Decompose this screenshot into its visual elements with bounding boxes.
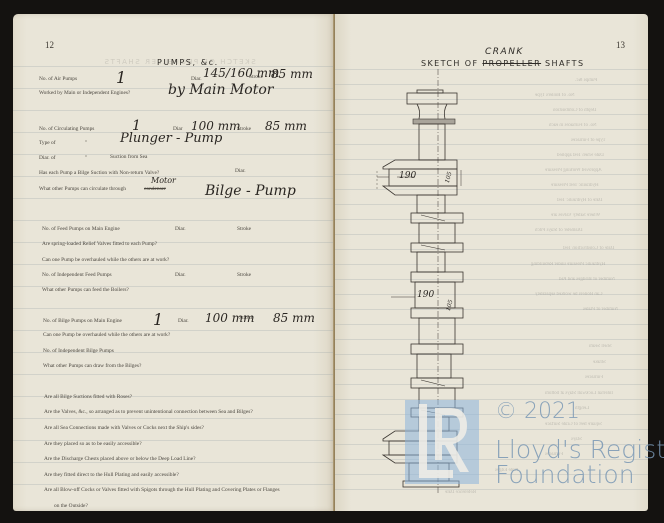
field-label: What other Pumps can draw from the Bilge…: [43, 363, 141, 369]
show-through-text: Hydraulic Test Pressure: [551, 183, 599, 188]
stroke-label: Stroke: [237, 126, 251, 132]
handwritten-stroke: 85 mm: [271, 67, 313, 81]
title-inserted-word: CRANK: [485, 47, 524, 57]
dia-label: Diar.: [178, 318, 189, 324]
title-suffix: SHAFTS: [545, 59, 584, 68]
field-label: Are all Bilge Suctions fitted with Roses…: [44, 394, 132, 400]
field-label: Has each Pump a Bilge Suction with Non-r…: [39, 170, 159, 176]
show-through-text: Number of Plates: [583, 307, 618, 312]
dimension-journal-mid: 190: [417, 290, 434, 300]
dimension-journal-top: 190: [399, 171, 416, 181]
handwritten-stroke: 85 mm: [265, 119, 307, 133]
ditto-mark: ": [85, 155, 87, 161]
page-number: 12: [45, 40, 54, 50]
stroke-label: Stroke: [249, 74, 263, 80]
field-label: No. of Circulating Pumps: [39, 126, 94, 132]
field-label: What other Pumps can feed the Boilers?: [42, 287, 129, 293]
handwritten-value: Bilge - Pump: [205, 183, 296, 199]
title-prefix: SKETCH OF: [421, 59, 478, 68]
field-label: Are all Sea Connections made with Valves…: [44, 425, 204, 431]
field-label: No. of Bilge Pumps on Main Engine: [43, 318, 122, 324]
stroke-label: Stroke: [239, 315, 253, 321]
sketch-title: SKETCH OF PROPELLER SHAFTS: [421, 59, 584, 68]
show-through-text: Type of Furnaces: [571, 138, 606, 143]
left-page: 12 SKETCH OF PROPELLER SHAFTS PUMPS, &c.…: [13, 14, 335, 511]
field-suffix: Suction from Sea: [110, 154, 147, 160]
handwritten-dia: 145/160 mm: [203, 66, 279, 80]
field-label: Are they fitted direct to the Hull Plati…: [44, 472, 179, 478]
field-label: Are the Valves, &c., so arranged as to p…: [44, 409, 253, 415]
dia-label: Diar.: [175, 226, 186, 232]
field-label: Can one Pump be overhauled while the oth…: [43, 332, 170, 338]
show-through-text: Hydraulic Pressure under Rebuilding: [531, 262, 605, 267]
title-struck-word: PROPELLER: [482, 59, 541, 68]
show-through-text: Date when Test applied: [557, 153, 604, 158]
field-label: No. of Independent Feed Pumps: [42, 272, 112, 278]
show-through-text: No. of Furnaces in each: [549, 123, 597, 128]
handwritten-value: 1: [153, 310, 163, 329]
field-label: No. of Feed Pumps on Main Engine: [42, 226, 120, 232]
page-number: 13: [616, 40, 625, 50]
watermark-org-line2: Foundation: [495, 460, 635, 489]
dia-label: Diar.: [175, 272, 186, 278]
show-through-text: Number of Bridges and Pad: [559, 277, 615, 282]
stroke-label: Stroke: [237, 226, 251, 232]
show-through-text: Pumps &c.: [575, 78, 597, 83]
show-through-text: Diameter of Stays Pitch: [535, 228, 583, 233]
show-through-text: Approved Working Pressure: [545, 168, 602, 173]
lr-logo-watermark: [405, 400, 479, 484]
field-label: No. of Air Pumps: [39, 76, 77, 82]
field-label: Are all Blow-off Cocks or Valves fitted …: [44, 487, 280, 493]
watermark-copyright: © 2021: [495, 399, 580, 424]
show-through-text: Where Safety Valves are: [551, 213, 600, 218]
dia-label: Diar.: [235, 168, 246, 174]
lr-logo-icon: [405, 400, 479, 484]
field-label: Are they placed so as to be easily acces…: [44, 441, 142, 447]
field-label: What other Pumps can circulate through: [39, 186, 126, 192]
struck-word: condenser: [144, 186, 166, 192]
show-through-text: Strake: [593, 360, 606, 365]
show-through-text: Furnaces: [585, 375, 603, 380]
field-label: Diar. of: [39, 155, 55, 161]
field-label: No. of Independent Bilge Pumps: [43, 348, 114, 354]
show-through-text: Shell Seam: [589, 344, 612, 349]
inserted-word: Motor: [151, 176, 176, 185]
handwritten-value: Plunger - Pump: [120, 131, 222, 146]
field-label: Are spring-loaded Relief Valves fitted t…: [42, 241, 157, 247]
show-through-text: Date of Construction Test: [563, 246, 614, 251]
ditto-mark: ": [85, 140, 87, 146]
show-through-text: Internal Lockwall Stays at bottom: [545, 391, 613, 396]
handwritten-value: by Main Motor: [168, 82, 273, 98]
handwritten-value: 1: [116, 68, 126, 87]
show-through-text: Can Boilers be worked separately: [535, 292, 602, 297]
handwritten-stroke: 85 mm: [273, 311, 315, 325]
field-label: Type of: [39, 140, 56, 146]
show-through-text: Depth of Combustion: [553, 108, 596, 113]
field-label: Worked by Main or Independent Engines?: [39, 90, 130, 96]
show-through-text: No. of Boilers Type: [535, 93, 575, 98]
stroke-label: Stroke: [237, 272, 251, 278]
field-label: Can one Pump be overhauled while the oth…: [42, 257, 169, 263]
field-label: Are the Discharge Chests placed above or…: [44, 456, 196, 462]
show-through-text: Date of Hydraulic Test: [557, 198, 603, 203]
field-label: on the Outside?: [54, 503, 88, 509]
